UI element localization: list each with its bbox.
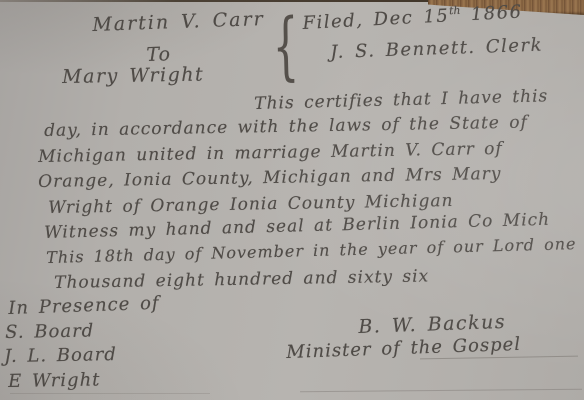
body-line: Thousand eight hundred and sixty six [54,266,429,293]
body-line: This certifies that I have this [254,86,549,114]
filed-date-ordinal: th [449,4,461,18]
officiant-title: Minister of the Gospel [286,334,521,363]
witness-signature: E Wright [8,369,101,392]
clerk-signature-line: J. S. Bennett. Clerk [330,35,543,63]
body-line: day, in accordance with the laws of the … [44,113,528,141]
filed-date-year: 1866 [460,1,523,25]
ruled-line [10,393,210,394]
filed-date-text: Filed, Dec 15 [302,5,450,34]
body-line: Michigan united in marriage Martin V. Ca… [38,139,503,167]
body-line: Orange, Ionia County, Michigan and Mrs M… [38,164,502,192]
filed-date-line: Filed, Dec 15th 1866 [302,0,523,33]
witnesses-heading: In Presence of [8,293,160,319]
filing-brace: { [272,2,300,90]
witness-signature: S. Board [5,320,94,343]
witness-signature: J. L. Board [4,344,117,367]
ruled-line [300,389,582,392]
connector-to: To [146,43,171,66]
party-a-name: Martin V. Carr [92,8,265,36]
scanned-document-photo: Martin V. Carr To Mary Wright { Filed, D… [0,0,584,400]
officiant-signature: B. W. Backus [358,311,506,338]
party-b-name: Mary Wright [62,64,204,88]
